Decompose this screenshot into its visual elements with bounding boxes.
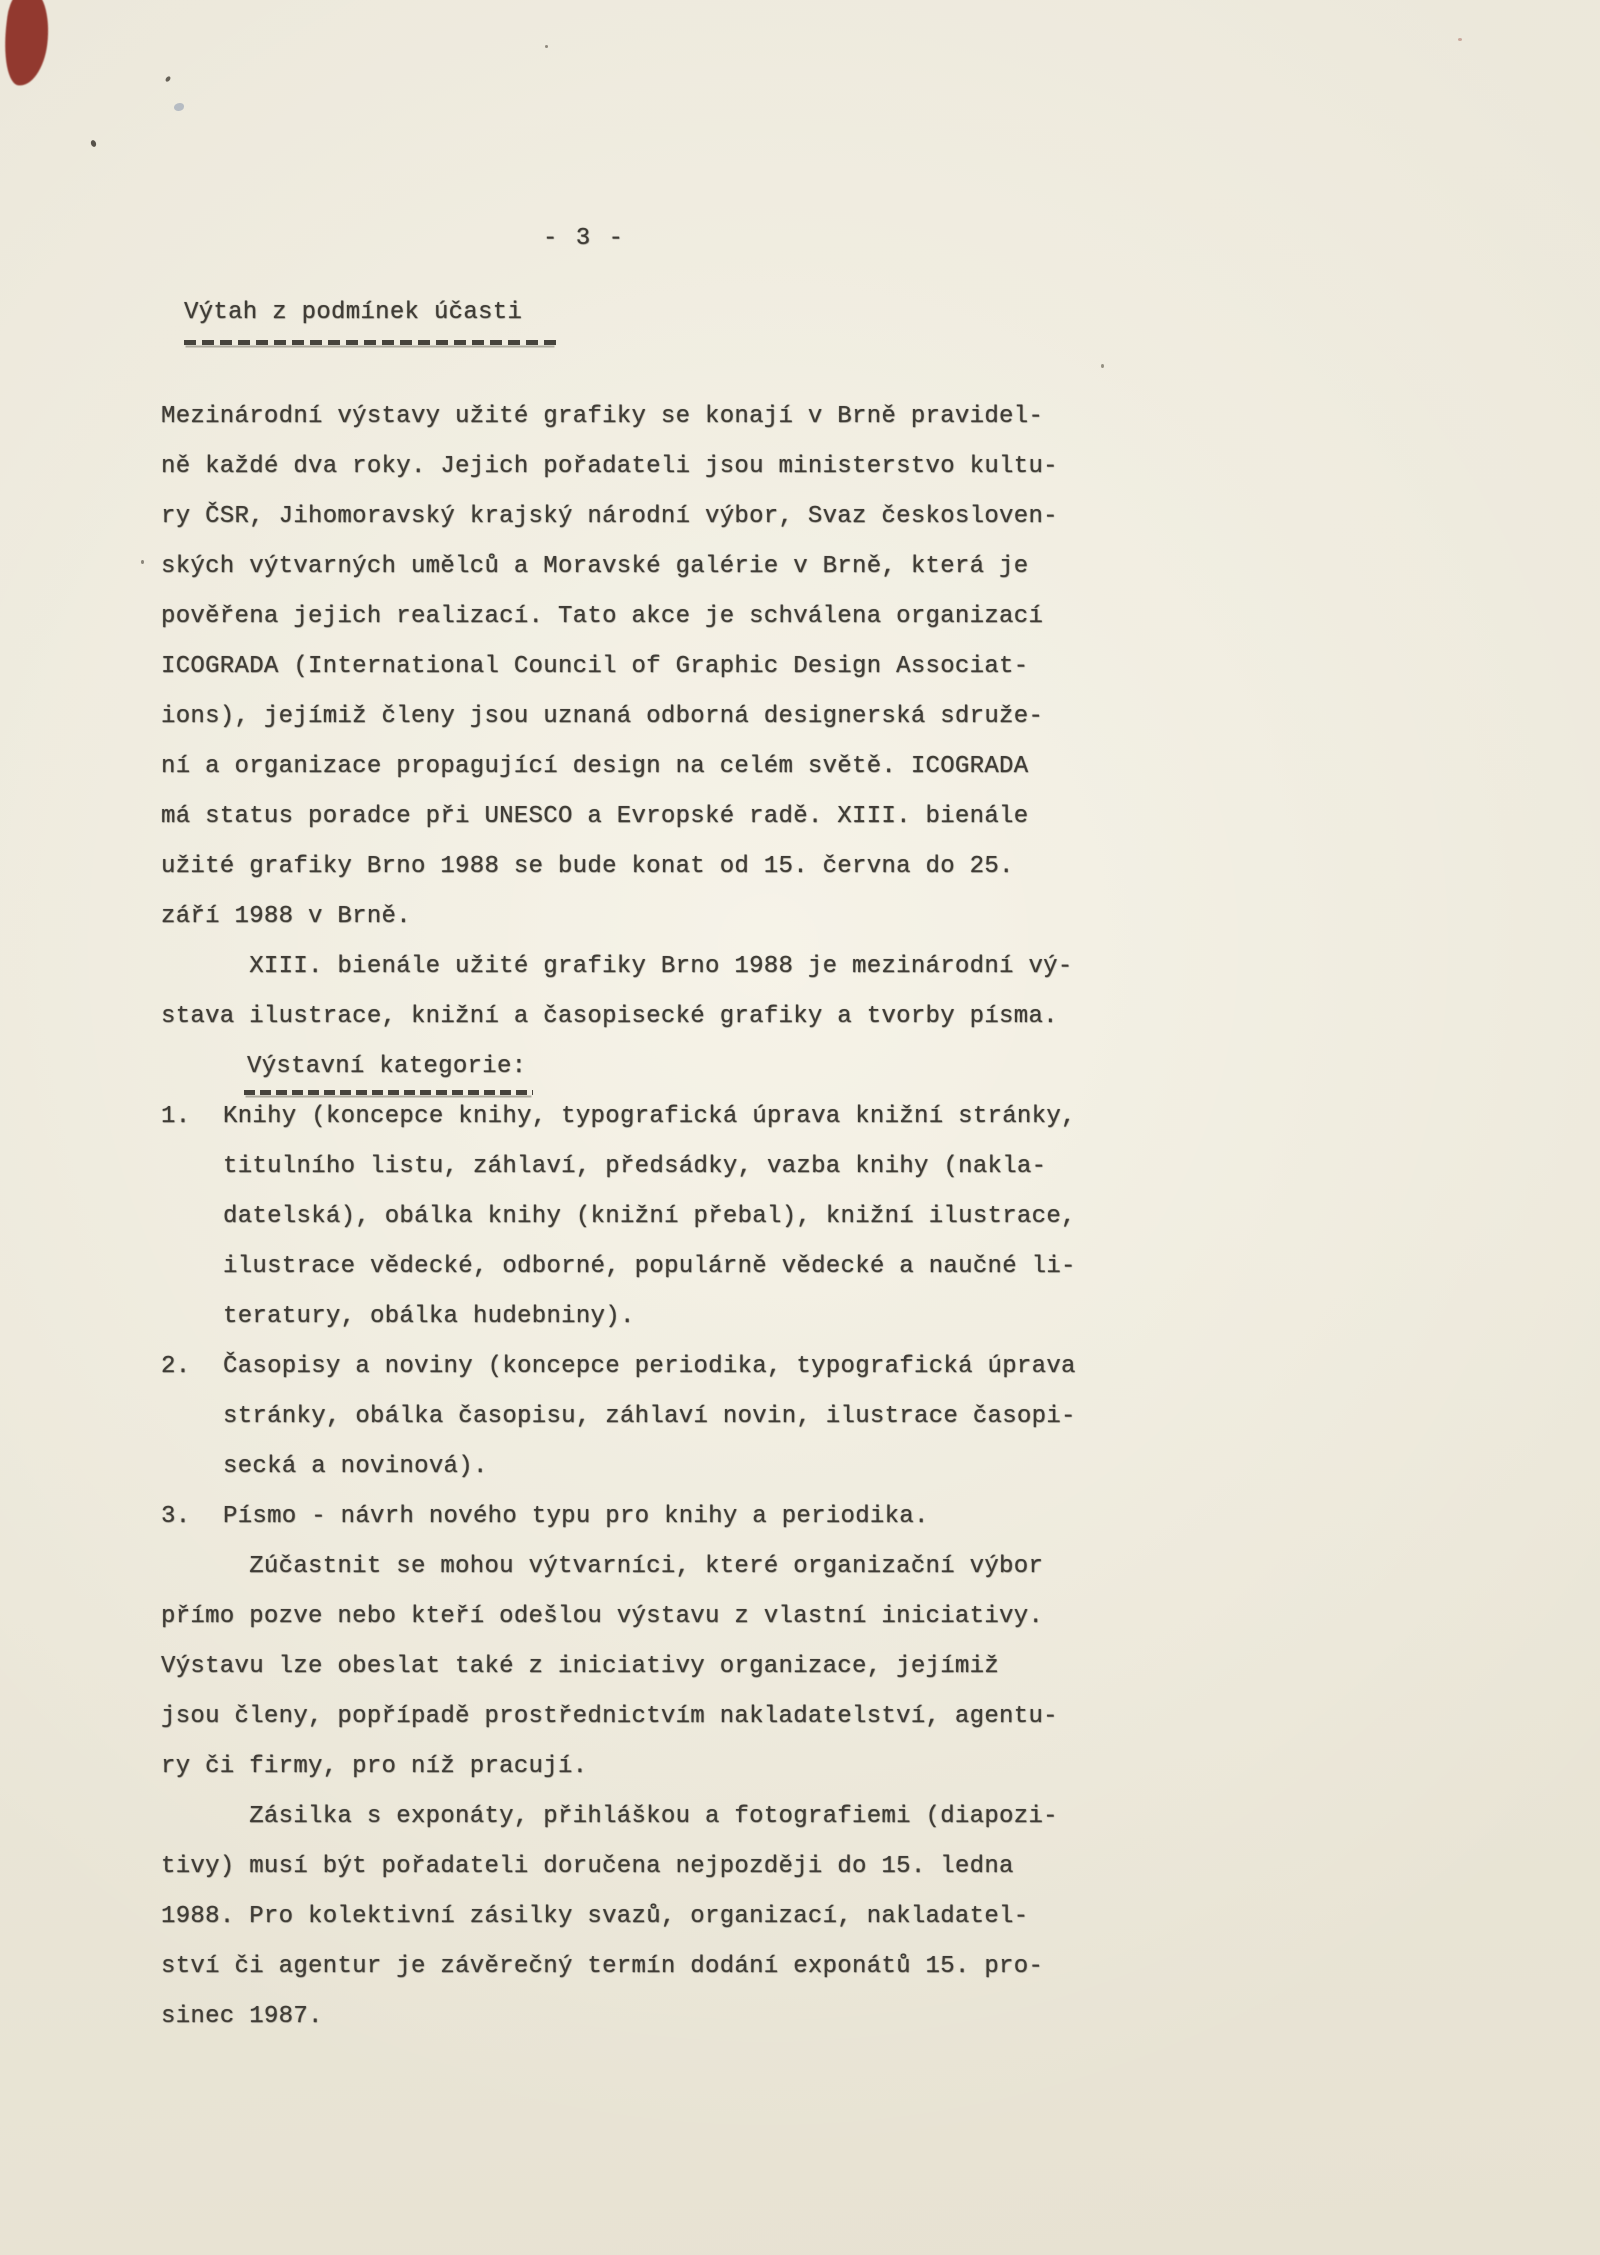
paragraph-introduction: Mezinárodní výstavy užité grafiky se kon… bbox=[161, 392, 1091, 942]
document-body: Mezinárodní výstavy užité grafiky se kon… bbox=[161, 392, 1091, 2042]
scanned-document-page: - 3 - Výtah z podmínek účasti Mezinárodn… bbox=[0, 0, 1600, 2255]
category-item-magazines: 2. Časopisy a noviny (koncepce periodika… bbox=[161, 1342, 1091, 1492]
paper-speck bbox=[545, 45, 548, 48]
paper-speck bbox=[165, 75, 172, 82]
list-item-text: Písmo - návrh nového typu pro knihy a pe… bbox=[223, 1492, 1091, 1542]
list-marker: 3. bbox=[161, 1492, 223, 1542]
paper-speck bbox=[1458, 38, 1462, 41]
paper-speck bbox=[90, 139, 97, 147]
paper-speck bbox=[174, 103, 184, 111]
categories-heading-row: Výstavní kategorie: bbox=[161, 1042, 1091, 1092]
list-marker: 1. bbox=[161, 1092, 223, 1342]
list-item-text: Časopisy a noviny (koncepce periodika, t… bbox=[223, 1342, 1091, 1492]
title-underline bbox=[184, 340, 556, 345]
paragraph-shipment-deadlines: Zásilka s exponáty, přihláškou a fotogra… bbox=[161, 1792, 1091, 2042]
paper-speck bbox=[1101, 364, 1104, 368]
categories-heading-underline bbox=[244, 1090, 533, 1095]
paragraph-biennale: XIII. bienále užité grafiky Brno 1988 je… bbox=[161, 942, 1091, 1042]
paragraph-participation: Zúčastnit se mohou výtvarníci, které org… bbox=[161, 1542, 1091, 1792]
page-number: - 3 - bbox=[543, 225, 625, 253]
category-item-books: 1. Knihy (koncepce knihy, typografická ú… bbox=[161, 1092, 1091, 1342]
list-item-text: Knihy (koncepce knihy, typografická úpra… bbox=[223, 1092, 1091, 1342]
paper-speck bbox=[141, 560, 144, 564]
list-marker: 2. bbox=[161, 1342, 223, 1492]
category-item-typeface: 3. Písmo - návrh nového typu pro knihy a… bbox=[161, 1492, 1091, 1542]
red-ink-corner-mark bbox=[0, 0, 54, 88]
categories-heading-text: Výstavní kategorie: bbox=[247, 1053, 526, 1080]
document-title: Výtah z podmínek účasti bbox=[184, 298, 556, 328]
categories-heading: Výstavní kategorie: bbox=[247, 1042, 526, 1092]
document-title-block: Výtah z podmínek účasti bbox=[184, 298, 556, 345]
